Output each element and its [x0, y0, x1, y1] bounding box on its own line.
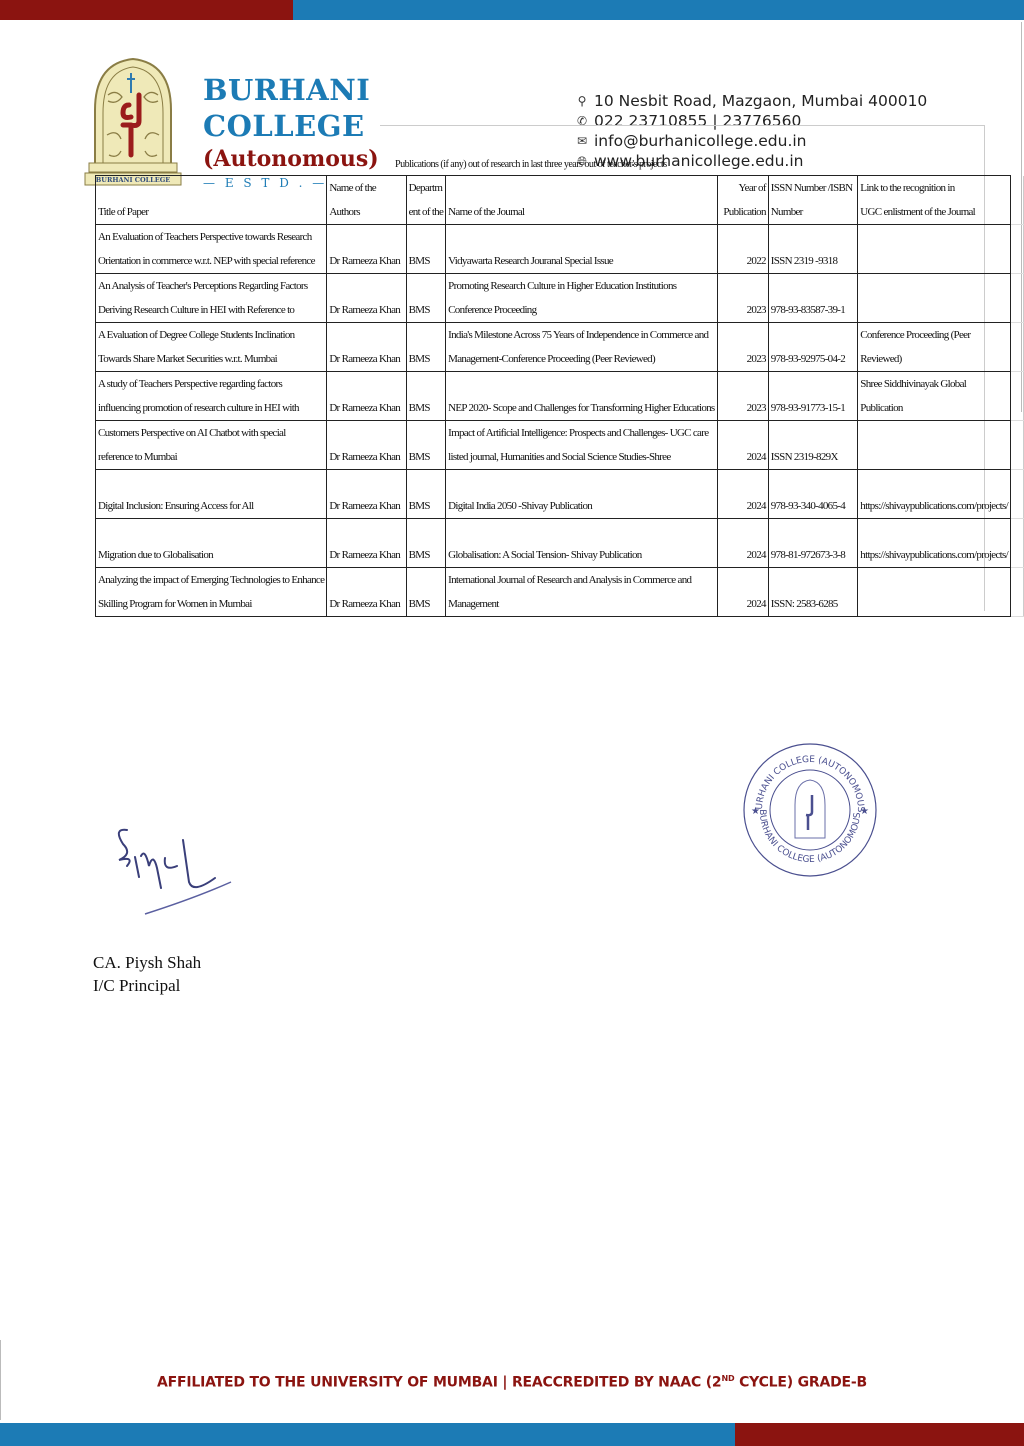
cell-paper-title: An Evaluation of Teachers Perspective to… [96, 225, 327, 274]
cell-department: BMS [406, 568, 446, 617]
cell-author: Dr Rameeza Khan [327, 470, 406, 519]
college-status: (Autonomous) [203, 144, 379, 174]
signatory-block: CA. Piysh Shah I/C Principal [93, 951, 201, 997]
cell-issn: 978-93-340-4065-4 [768, 470, 858, 519]
cell-department: BMS [406, 274, 446, 323]
cell-year: 2024 [717, 519, 768, 568]
svg-text:★: ★ [860, 806, 869, 817]
phone-text: 022 23710855 | 23776560 [594, 111, 801, 131]
header-title: Title of Paper [96, 176, 327, 225]
empty-cell [1010, 372, 1023, 421]
cell-journal: India's Milestone Across 75 Years of Ind… [446, 323, 717, 372]
empty-cell [1010, 519, 1023, 568]
empty-cell [1010, 470, 1023, 519]
empty-cell [1010, 274, 1023, 323]
cell-paper-title: Digital Inclusion: Ensuring Access for A… [96, 470, 327, 519]
empty-column [1010, 176, 1023, 225]
header-bar-maroon [0, 0, 293, 20]
cell-year: 2023 [717, 274, 768, 323]
principal-signature [105, 822, 245, 927]
cell-paper-title: An Analysis of Teacher's Perceptions Reg… [96, 274, 327, 323]
cell-journal: Vidyawarta Research Jouranal Special Iss… [446, 225, 717, 274]
cell-ugc-link [858, 421, 1011, 470]
cell-year: 2024 [717, 568, 768, 617]
cell-author: Dr Rameeza Khan [327, 323, 406, 372]
cell-department: BMS [406, 225, 446, 274]
table-row: An Analysis of Teacher's Perceptions Reg… [96, 274, 1024, 323]
cell-journal: NEP 2020- Scope and Challenges for Trans… [446, 372, 717, 421]
college-brand: BURHANI COLLEGE (Autonomous) — E S T D .… [203, 72, 379, 190]
empty-cell [1010, 421, 1023, 470]
cell-paper-title: A Evaluation of Degree College Students … [96, 323, 327, 372]
cell-author: Dr Rameeza Khan [327, 225, 406, 274]
cell-year: 2024 [717, 421, 768, 470]
cell-year: 2022 [717, 225, 768, 274]
contact-phone: ✆ 022 23710855 | 23776560 [574, 111, 927, 131]
table-row: Customers Perspective on AI Chatbot with… [96, 421, 1024, 470]
table-row: A Evaluation of Degree College Students … [96, 323, 1024, 372]
college-name-line1: BURHANI [203, 72, 379, 108]
table-title: Publications (if any) out of research in… [395, 158, 667, 170]
cell-department: BMS [406, 323, 446, 372]
table-row: Migration due to GlobalisationDr Rameeza… [96, 519, 1024, 568]
cell-department: BMS [406, 470, 446, 519]
header-authors: Name of theAuthors [327, 176, 406, 225]
cell-author: Dr Rameeza Khan [327, 421, 406, 470]
cell-year: 2023 [717, 372, 768, 421]
table-row: Analyzing the impact of Emerging Technol… [96, 568, 1024, 617]
header-link: Link to the recognition inUGC enlistment… [858, 176, 1011, 225]
table-row: Digital Inclusion: Ensuring Access for A… [96, 470, 1024, 519]
empty-cell [1010, 323, 1023, 372]
svg-text:★: ★ [751, 806, 760, 817]
cell-ugc-link[interactable]: https://shivaypublications.com/projects/ [858, 470, 1011, 519]
cell-ugc-link [858, 274, 1011, 323]
empty-cell [1010, 568, 1023, 617]
cell-paper-title: Migration due to Globalisation [96, 519, 327, 568]
svg-text:BURHANI COLLEGE (AUTONOMOUS): BURHANI COLLEGE (AUTONOMOUS) [740, 740, 863, 865]
publications-table: Title of Paper Name of theAuthors Depart… [95, 175, 1024, 617]
cell-author: Dr Rameeza Khan [327, 519, 406, 568]
cell-journal: Impact of Artificial Intelligence: Prosp… [446, 421, 717, 470]
envelope-icon: ✉ [574, 131, 590, 151]
cell-paper-title: A study of Teachers Perspective regardin… [96, 372, 327, 421]
header-journal: Name of the Journal [446, 176, 717, 225]
cell-department: BMS [406, 421, 446, 470]
footer-bar-maroon [735, 1423, 1024, 1446]
cell-issn: 978-93-83587-39-1 [768, 274, 858, 323]
table-header-row: Title of Paper Name of theAuthors Depart… [96, 176, 1024, 225]
footer-bar-blue [0, 1423, 735, 1446]
cell-issn: 978-93-91773-15-1 [768, 372, 858, 421]
cell-journal: Globalisation: A Social Tension- Shivay … [446, 519, 717, 568]
cell-department: BMS [406, 372, 446, 421]
header-department: Department of the [406, 176, 446, 225]
cell-paper-title: Customers Perspective on AI Chatbot with… [96, 421, 327, 470]
header-bar-blue [293, 0, 1024, 20]
accreditation-footer: AFFILIATED TO THE UNIVERSITY OF MUMBAI |… [0, 1374, 1024, 1391]
contact-address: ⚲ 10 Nesbit Road, Mazgaon, Mumbai 400010 [574, 91, 927, 111]
cell-issn: 978-81-972673-3-8 [768, 519, 858, 568]
cell-ugc-link: Shree Siddhivinayak GlobalPublication [858, 372, 1011, 421]
cell-issn: ISSN 2319 -9318 [768, 225, 858, 274]
cell-author: Dr Rameeza Khan [327, 568, 406, 617]
cell-year: 2024 [717, 470, 768, 519]
cell-journal: Promoting Research Culture in Higher Edu… [446, 274, 717, 323]
cell-issn: ISSN 2319-829X [768, 421, 858, 470]
location-pin-icon: ⚲ [574, 91, 590, 111]
email-link[interactable]: info@burhanicollege.edu.in [594, 131, 807, 151]
cell-year: 2023 [717, 323, 768, 372]
svg-text:BURHANI COLLEGE (AUTONOMOUS): BURHANI COLLEGE (AUTONOMOUS) [740, 740, 865, 813]
cell-ugc-link [858, 568, 1011, 617]
header-issn: ISSN Number /ISBNNumber [768, 176, 858, 225]
table-row: A study of Teachers Perspective regardin… [96, 372, 1024, 421]
cell-author: Dr Rameeza Khan [327, 274, 406, 323]
cell-journal: International Journal of Research and An… [446, 568, 717, 617]
signatory-name: CA. Piysh Shah [93, 951, 201, 974]
cell-author: Dr Rameeza Khan [327, 372, 406, 421]
phone-icon: ✆ [574, 111, 590, 131]
cell-issn: 978-93-92975-04-2 [768, 323, 858, 372]
cell-paper-title: Analyzing the impact of Emerging Technol… [96, 568, 327, 617]
cell-ugc-link[interactable]: https://shivaypublications.com/projects/ [858, 519, 1011, 568]
table-row: An Evaluation of Teachers Perspective to… [96, 225, 1024, 274]
contact-email[interactable]: ✉ info@burhanicollege.edu.in [574, 131, 927, 151]
cell-ugc-link [858, 225, 1011, 274]
cell-ugc-link: Conference Proceeding (PeerReviewed) [858, 323, 1011, 372]
signatory-designation: I/C Principal [93, 974, 201, 997]
cell-department: BMS [406, 519, 446, 568]
cell-issn: ISSN: 2583-6285 [768, 568, 858, 617]
address-text: 10 Nesbit Road, Mazgaon, Mumbai 400010 [594, 91, 927, 111]
empty-cell [1010, 225, 1023, 274]
college-crest-logo: BURHANI COLLEGE [83, 55, 183, 190]
college-name-line2: COLLEGE [203, 108, 379, 144]
cell-journal: Digital India 2050 -Shivay Publication [446, 470, 717, 519]
college-seal-stamp: BURHANI COLLEGE (AUTONOMOUS) BURHANI COL… [740, 740, 880, 880]
header-year: Year ofPublication [717, 176, 768, 225]
